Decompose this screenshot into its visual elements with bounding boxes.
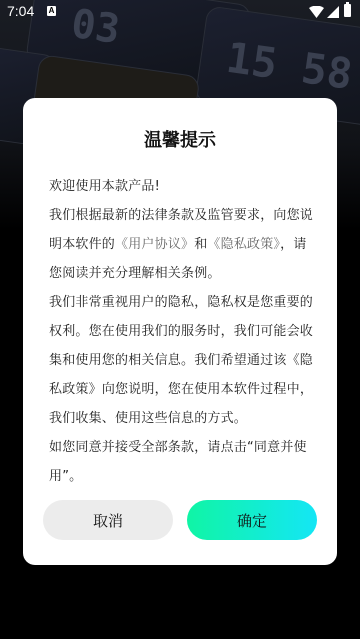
privacy-paragraph: 我们非常重视用户的隐私，隐私权是您重要的权利。您在使用我们的服务时，我们可能会收… <box>49 288 315 433</box>
user-agreement-link[interactable]: 《用户协议》 <box>115 237 194 252</box>
wifi-icon <box>309 6 324 18</box>
status-bar: 7:04 A <box>0 0 360 24</box>
legal-text: 和 <box>194 237 207 252</box>
welcome-text: 欢迎使用本款产品! <box>49 172 315 201</box>
notification-a-icon: A <box>47 6 56 16</box>
dialog-body: 欢迎使用本款产品! 我们根据最新的法律条款及监管要求，向您说明本软件的《用户协议… <box>49 172 315 491</box>
legal-paragraph: 我们根据最新的法律条款及监管要求，向您说明本软件的《用户协议》和《隐私政策》，请… <box>49 201 315 288</box>
confirm-button[interactable]: 确定 <box>187 500 317 540</box>
cancel-button[interactable]: 取消 <box>43 500 173 540</box>
privacy-text: 我们非常重视用户的隐私，隐私权是您重要的权利。您在使用我们的服务时，我们可能会收… <box>49 295 313 368</box>
status-time: 7:04 <box>7 3 34 19</box>
dialog-title: 温馨提示 <box>23 126 337 152</box>
privacy-dialog: 温馨提示 欢迎使用本款产品! 我们根据最新的法律条款及监管要求，向您说明本软件的… <box>23 98 337 565</box>
consent-text: 如您同意并接受全部条款，请点击“同意并使用”。 <box>49 433 315 491</box>
signal-icon <box>327 6 339 18</box>
battery-charging-icon <box>344 4 351 17</box>
privacy-policy-link[interactable]: 《隐私政策》 <box>207 237 280 252</box>
